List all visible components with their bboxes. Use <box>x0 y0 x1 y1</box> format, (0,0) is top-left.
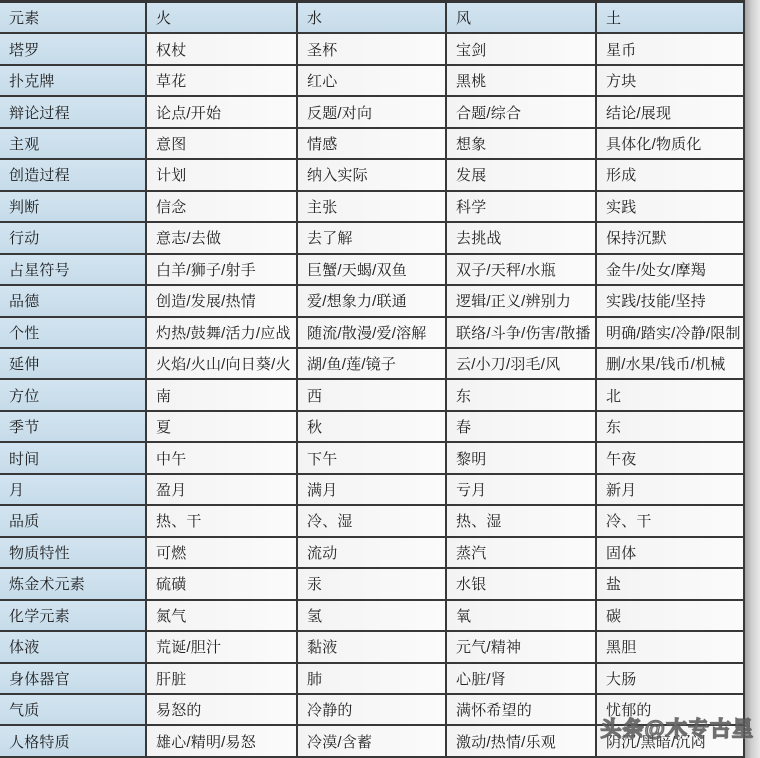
row-label-cell: 延伸 <box>0 349 147 380</box>
row-label-cell: 炼金术元素 <box>0 569 147 600</box>
data-cell: 午夜 <box>597 443 745 474</box>
data-cell: 宝剑 <box>447 34 597 65</box>
data-cell: 黎明 <box>447 443 597 474</box>
row-label-cell: 气质 <box>0 695 147 726</box>
row-label-cell: 品德 <box>0 286 147 317</box>
data-cell: 纳入实际 <box>298 160 447 191</box>
data-cell: 夏 <box>147 412 298 443</box>
data-cell: 方块 <box>597 66 745 97</box>
data-cell: 冷、湿 <box>298 506 447 537</box>
row-label-cell: 创造过程 <box>0 160 147 191</box>
data-cell: 结论/展现 <box>597 97 745 128</box>
data-cell: 云/小刀/羽毛/风 <box>447 349 597 380</box>
data-cell: 逻辑/正义/辨别力 <box>447 286 597 317</box>
data-cell: 实践/技能/坚持 <box>597 286 745 317</box>
data-cell: 想象 <box>447 129 597 160</box>
data-cell: 可燃 <box>147 538 298 569</box>
data-cell: 氮气 <box>147 601 298 632</box>
data-cell: 情感 <box>298 129 447 160</box>
row-label-cell: 方位 <box>0 380 147 411</box>
data-cell: 肺 <box>298 664 447 695</box>
data-cell: 热、湿 <box>447 506 597 537</box>
data-cell: 论点/开始 <box>147 97 298 128</box>
data-cell: 灼热/鼓舞/活力/应战 <box>147 318 298 349</box>
data-cell: 白羊/狮子/射手 <box>147 255 298 286</box>
data-cell: 意图 <box>147 129 298 160</box>
data-cell: 星币 <box>597 34 745 65</box>
data-cell: 湖/鱼/莲/镜子 <box>298 349 447 380</box>
data-cell: 联络/斗争/伤害/散播 <box>447 318 597 349</box>
data-cell: 北 <box>597 380 745 411</box>
data-cell: 雄心/精明/易怒 <box>147 726 298 757</box>
data-cell: 反题/对向 <box>298 97 447 128</box>
data-cell: 双子/天秤/水瓶 <box>447 255 597 286</box>
data-cell: 明确/踏实/冷静/限制 <box>597 318 745 349</box>
page-background-strip <box>745 0 760 758</box>
data-cell: 汞 <box>298 569 447 600</box>
data-cell: 创造/发展/热情 <box>147 286 298 317</box>
data-cell: 去挑战 <box>447 223 597 254</box>
row-label-cell: 时间 <box>0 443 147 474</box>
data-cell: 激动/热情/乐观 <box>447 726 597 757</box>
data-cell: 圣杯 <box>298 34 447 65</box>
data-cell: 合题/综合 <box>447 97 597 128</box>
data-cell: 忧郁的 <box>597 695 745 726</box>
data-cell: 肝脏 <box>147 664 298 695</box>
header-cell: 火 <box>147 3 298 34</box>
data-cell: 满怀希望的 <box>447 695 597 726</box>
data-cell: 盐 <box>597 569 745 600</box>
data-cell: 亏月 <box>447 475 597 506</box>
data-cell: 随流/散漫/爱/溶解 <box>298 318 447 349</box>
data-cell: 南 <box>147 380 298 411</box>
row-label-cell: 品质 <box>0 506 147 537</box>
data-cell: 西 <box>298 380 447 411</box>
data-cell: 意志/去做 <box>147 223 298 254</box>
data-cell: 删/水果/钱币/机械 <box>597 349 745 380</box>
data-cell: 秋 <box>298 412 447 443</box>
data-cell: 东 <box>447 380 597 411</box>
data-cell: 黑胆 <box>597 632 745 663</box>
data-cell: 实践 <box>597 192 745 223</box>
data-cell: 大肠 <box>597 664 745 695</box>
row-label-cell: 判断 <box>0 192 147 223</box>
data-cell: 中午 <box>147 443 298 474</box>
elements-correspondence-table: 元素火水风土塔罗权杖圣杯宝剑星币扑克牌草花红心黑桃方块辩论过程论点/开始反题/对… <box>0 0 745 758</box>
row-label-cell: 化学元素 <box>0 601 147 632</box>
data-cell: 权杖 <box>147 34 298 65</box>
data-cell: 冷、干 <box>597 506 745 537</box>
data-cell: 下午 <box>298 443 447 474</box>
data-cell: 新月 <box>597 475 745 506</box>
header-cell: 土 <box>597 3 745 34</box>
data-cell: 热、干 <box>147 506 298 537</box>
data-cell: 氢 <box>298 601 447 632</box>
data-cell: 氧 <box>447 601 597 632</box>
data-cell: 蒸汽 <box>447 538 597 569</box>
row-label-cell: 月 <box>0 475 147 506</box>
data-cell: 具体化/物质化 <box>597 129 745 160</box>
data-cell: 易怒的 <box>147 695 298 726</box>
data-cell: 草花 <box>147 66 298 97</box>
data-cell: 科学 <box>447 192 597 223</box>
data-cell: 去了解 <box>298 223 447 254</box>
data-cell: 阴沉/黑暗/沉闷 <box>597 726 745 757</box>
row-label-cell: 扑克牌 <box>0 66 147 97</box>
data-cell: 心脏/肾 <box>447 664 597 695</box>
data-cell: 黑桃 <box>447 66 597 97</box>
data-cell: 黏液 <box>298 632 447 663</box>
data-cell: 红心 <box>298 66 447 97</box>
data-cell: 发展 <box>447 160 597 191</box>
data-cell: 计划 <box>147 160 298 191</box>
row-label-cell: 人格特质 <box>0 726 147 757</box>
row-label-cell: 占星符号 <box>0 255 147 286</box>
correspondence-table-screenshot: 元素火水风土塔罗权杖圣杯宝剑星币扑克牌草花红心黑桃方块辩论过程论点/开始反题/对… <box>0 0 760 758</box>
row-label-cell: 个性 <box>0 318 147 349</box>
row-label-cell: 身体器官 <box>0 664 147 695</box>
data-cell: 固体 <box>597 538 745 569</box>
data-cell: 巨蟹/天蝎/双鱼 <box>298 255 447 286</box>
row-label-cell: 季节 <box>0 412 147 443</box>
header-cell: 水 <box>298 3 447 34</box>
data-cell: 东 <box>597 412 745 443</box>
data-cell: 信念 <box>147 192 298 223</box>
data-cell: 形成 <box>597 160 745 191</box>
data-cell: 盈月 <box>147 475 298 506</box>
row-label-cell: 辩论过程 <box>0 97 147 128</box>
data-cell: 碳 <box>597 601 745 632</box>
data-cell: 主张 <box>298 192 447 223</box>
header-cell: 风 <box>447 3 597 34</box>
row-label-cell: 塔罗 <box>0 34 147 65</box>
data-cell: 元气/精神 <box>447 632 597 663</box>
row-label-cell: 物质特性 <box>0 538 147 569</box>
data-cell: 流动 <box>298 538 447 569</box>
header-corner-cell: 元素 <box>0 3 147 34</box>
row-label-cell: 主观 <box>0 129 147 160</box>
data-cell: 保持沉默 <box>597 223 745 254</box>
data-cell: 荒诞/胆汁 <box>147 632 298 663</box>
row-label-cell: 体液 <box>0 632 147 663</box>
data-cell: 冷静的 <box>298 695 447 726</box>
data-cell: 水银 <box>447 569 597 600</box>
data-cell: 火焰/火山/向日葵/火 <box>147 349 298 380</box>
data-cell: 冷漠/含蓄 <box>298 726 447 757</box>
data-cell: 春 <box>447 412 597 443</box>
data-cell: 爱/想象力/联通 <box>298 286 447 317</box>
data-cell: 满月 <box>298 475 447 506</box>
row-label-cell: 行动 <box>0 223 147 254</box>
data-cell: 硫磺 <box>147 569 298 600</box>
data-cell: 金牛/处女/摩羯 <box>597 255 745 286</box>
